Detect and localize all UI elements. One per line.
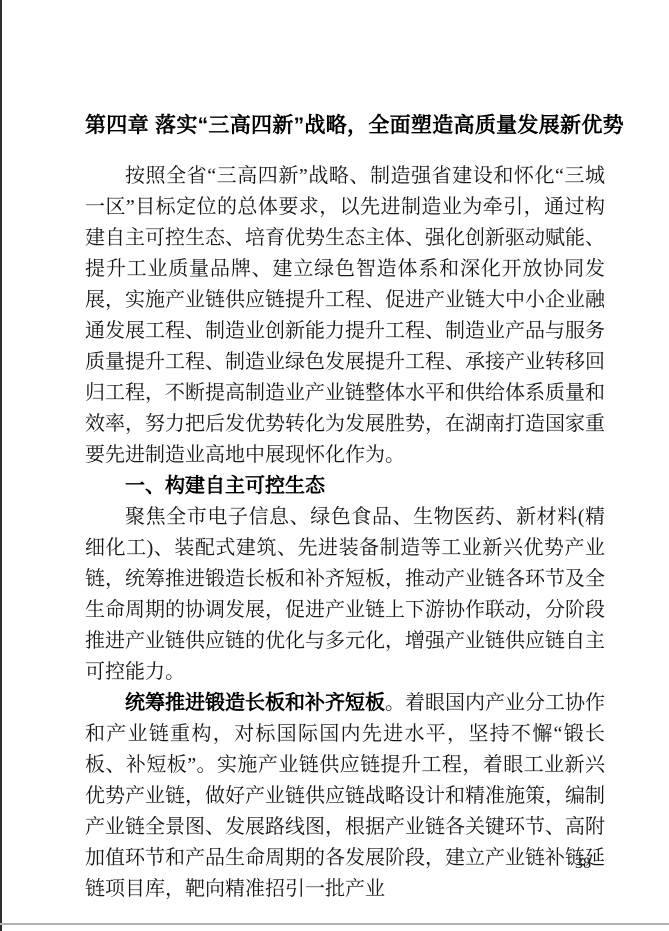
task-paragraph-body: 。着眼国内产业分工协作和产业链重构，对标国际国内先进水平，坚持不懈“锻长板、补短… [85, 692, 605, 900]
task-paragraph: 统筹推进锻造长板和补齐短板。着眼国内产业分工协作和产业链重构，对标国际国内先进水… [85, 688, 605, 905]
intro-paragraph: 按照全省“三高四新”战略、制造强省建设和怀化“三城一区”目标定位的总体要求，以先… [85, 161, 605, 471]
page-left-border [0, 0, 2, 931]
section-one-heading: 一、构建自主可控生态 [85, 471, 605, 502]
document-page: 第四章 落实“三高四新”战略，全面塑造高质量发展新优势 按照全省“三高四新”战略… [0, 0, 669, 931]
page-bottom-border [0, 923, 669, 925]
page-content: 第四章 落实“三高四新”战略，全面塑造高质量发展新优势 按照全省“三高四新”战略… [85, 112, 605, 905]
task-paragraph-lead: 统筹推进锻造长板和补齐短板 [125, 692, 385, 714]
chapter-title: 第四章 落实“三高四新”战略，全面塑造高质量发展新优势 [85, 112, 605, 140]
section-one-paragraph: 聚焦全市电子信息、绿色食品、生物医药、新材料(精细化工)、装配式建筑、先进装备制… [85, 502, 605, 688]
page-number: 38 [568, 855, 598, 873]
